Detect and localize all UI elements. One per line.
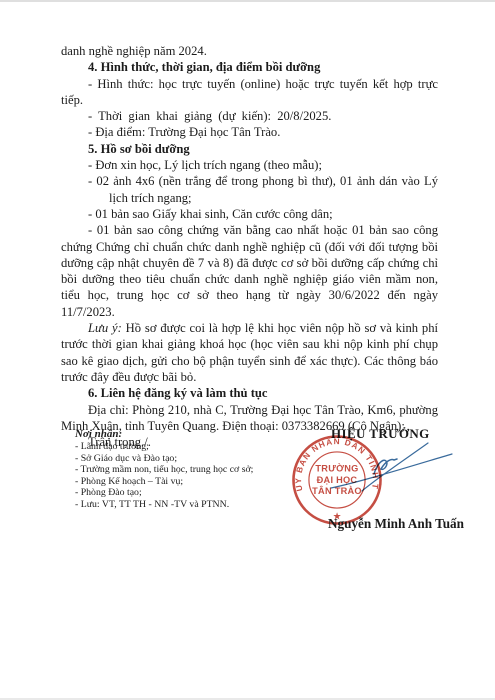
recipient-item: - Sở Giáo dục và Đào tạo; xyxy=(75,453,253,465)
body-paragraph: - 01 bản sao công chứng văn bằng cao nhấ… xyxy=(61,222,438,320)
body-paragraph: danh nghề nghiệp năm 2024. xyxy=(61,43,438,59)
recipient-item: - Trường mầm non, tiểu học, trung học cơ… xyxy=(75,464,253,476)
document-body: danh nghề nghiệp năm 2024.4. Hình thức, … xyxy=(61,43,438,450)
signer-name: Nguyễn Minh Anh Tuấn xyxy=(317,516,475,532)
body-paragraph: - 01 bản sao Giấy khai sinh, Căn cước cô… xyxy=(61,206,438,222)
stamp-center-line1: TRƯỜNG xyxy=(315,463,358,474)
document-page: danh nghề nghiệp năm 2024.4. Hình thức, … xyxy=(0,0,495,700)
body-paragraph: - Địa điểm: Trường Đại học Tân Trào. xyxy=(61,124,438,140)
body-paragraph: - 02 ảnh 4x6 (nền trắng để trong phong b… xyxy=(61,173,438,206)
recipient-item: - Lãnh đạo trường; xyxy=(75,441,253,453)
body-paragraph: - Hình thức: học trực tuyến (online) hoặ… xyxy=(61,76,438,109)
recipient-item: - Lưu: VT, TT TH - NN -TV và PTNN. xyxy=(75,499,253,511)
stamp-center-line3: TÂN TRÀO xyxy=(312,485,362,496)
body-paragraph: - Đơn xin học, Lý lịch trích ngang (theo… xyxy=(61,157,438,173)
recipient-item: - Phòng Đào tạo; xyxy=(75,487,253,499)
recipient-item: - Phòng Kế hoạch – Tài vụ; xyxy=(75,476,253,488)
recipients-label: Nơi nhận: xyxy=(75,428,253,441)
body-paragraph: Lưu ý: Hồ sơ được coi là hợp lệ khi học … xyxy=(61,320,438,385)
recipients-list: - Lãnh đạo trường;- Sở Giáo dục và Đào t… xyxy=(75,441,253,511)
body-paragraph: 5. Hồ sơ bồi dưỡng xyxy=(61,141,438,157)
stamp-center-line2: ĐẠI HỌC xyxy=(317,475,358,485)
official-red-stamp-icon: UỶ BAN NHÂN DÂN TỈNH TUYÊN QUANG TRƯỜNG … xyxy=(291,434,383,526)
body-paragraph: 6. Liên hệ đăng ký và làm thủ tục xyxy=(61,385,438,401)
paragraph-lead: Lưu ý: xyxy=(88,321,122,335)
body-paragraph: - Thời gian khai giảng (dự kiến): 20/8/2… xyxy=(61,108,438,124)
recipients-block: Nơi nhận: - Lãnh đạo trường;- Sở Giáo dụ… xyxy=(75,428,253,511)
body-paragraph: 4. Hình thức, thời gian, địa điểm bồi dư… xyxy=(61,59,438,75)
